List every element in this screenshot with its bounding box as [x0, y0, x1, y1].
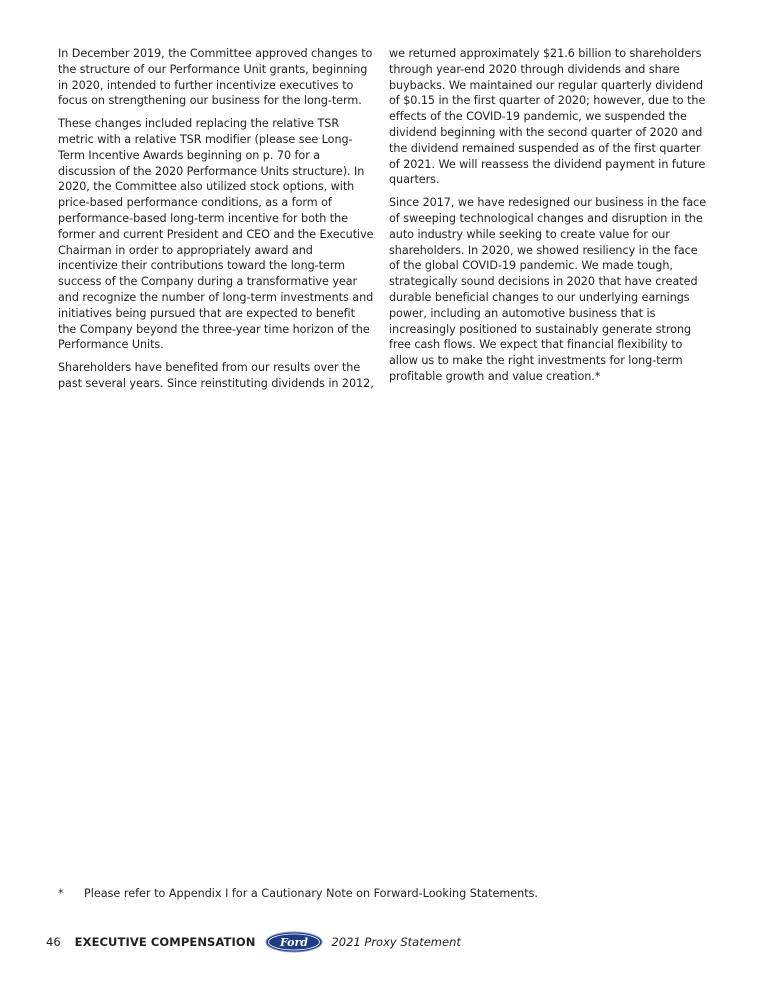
footnote-mark: * — [58, 886, 84, 901]
document-title: 2021 Proxy Statement — [331, 935, 460, 949]
paragraph-tsr-modifier: These changes included replacing the rel… — [58, 116, 374, 353]
paragraph-shareholder-benefits: Shareholders have benefited from our res… — [58, 360, 374, 392]
paragraph-business-redesign: Since 2017, we have redesigned our busin… — [389, 195, 711, 385]
page-footer: 46 EXECUTIVE COMPENSATION Ford 2021 Prox… — [46, 931, 461, 953]
footnote-text: Please refer to Appendix I for a Caution… — [84, 886, 538, 901]
paragraph-performance-unit-changes: In December 2019, the Committee approved… — [58, 46, 374, 109]
footnote: * Please refer to Appendix I for a Cauti… — [58, 886, 538, 901]
paragraph-dividends: we returned approximately $21.6 billion … — [389, 46, 711, 188]
left-column: In December 2019, the Committee approved… — [58, 46, 374, 399]
svg-text:Ford: Ford — [279, 936, 308, 949]
section-title: EXECUTIVE COMPENSATION — [75, 935, 256, 949]
right-column: we returned approximately $21.6 billion … — [389, 46, 711, 392]
page-number: 46 — [46, 935, 61, 949]
ford-logo-icon: Ford — [265, 931, 323, 953]
